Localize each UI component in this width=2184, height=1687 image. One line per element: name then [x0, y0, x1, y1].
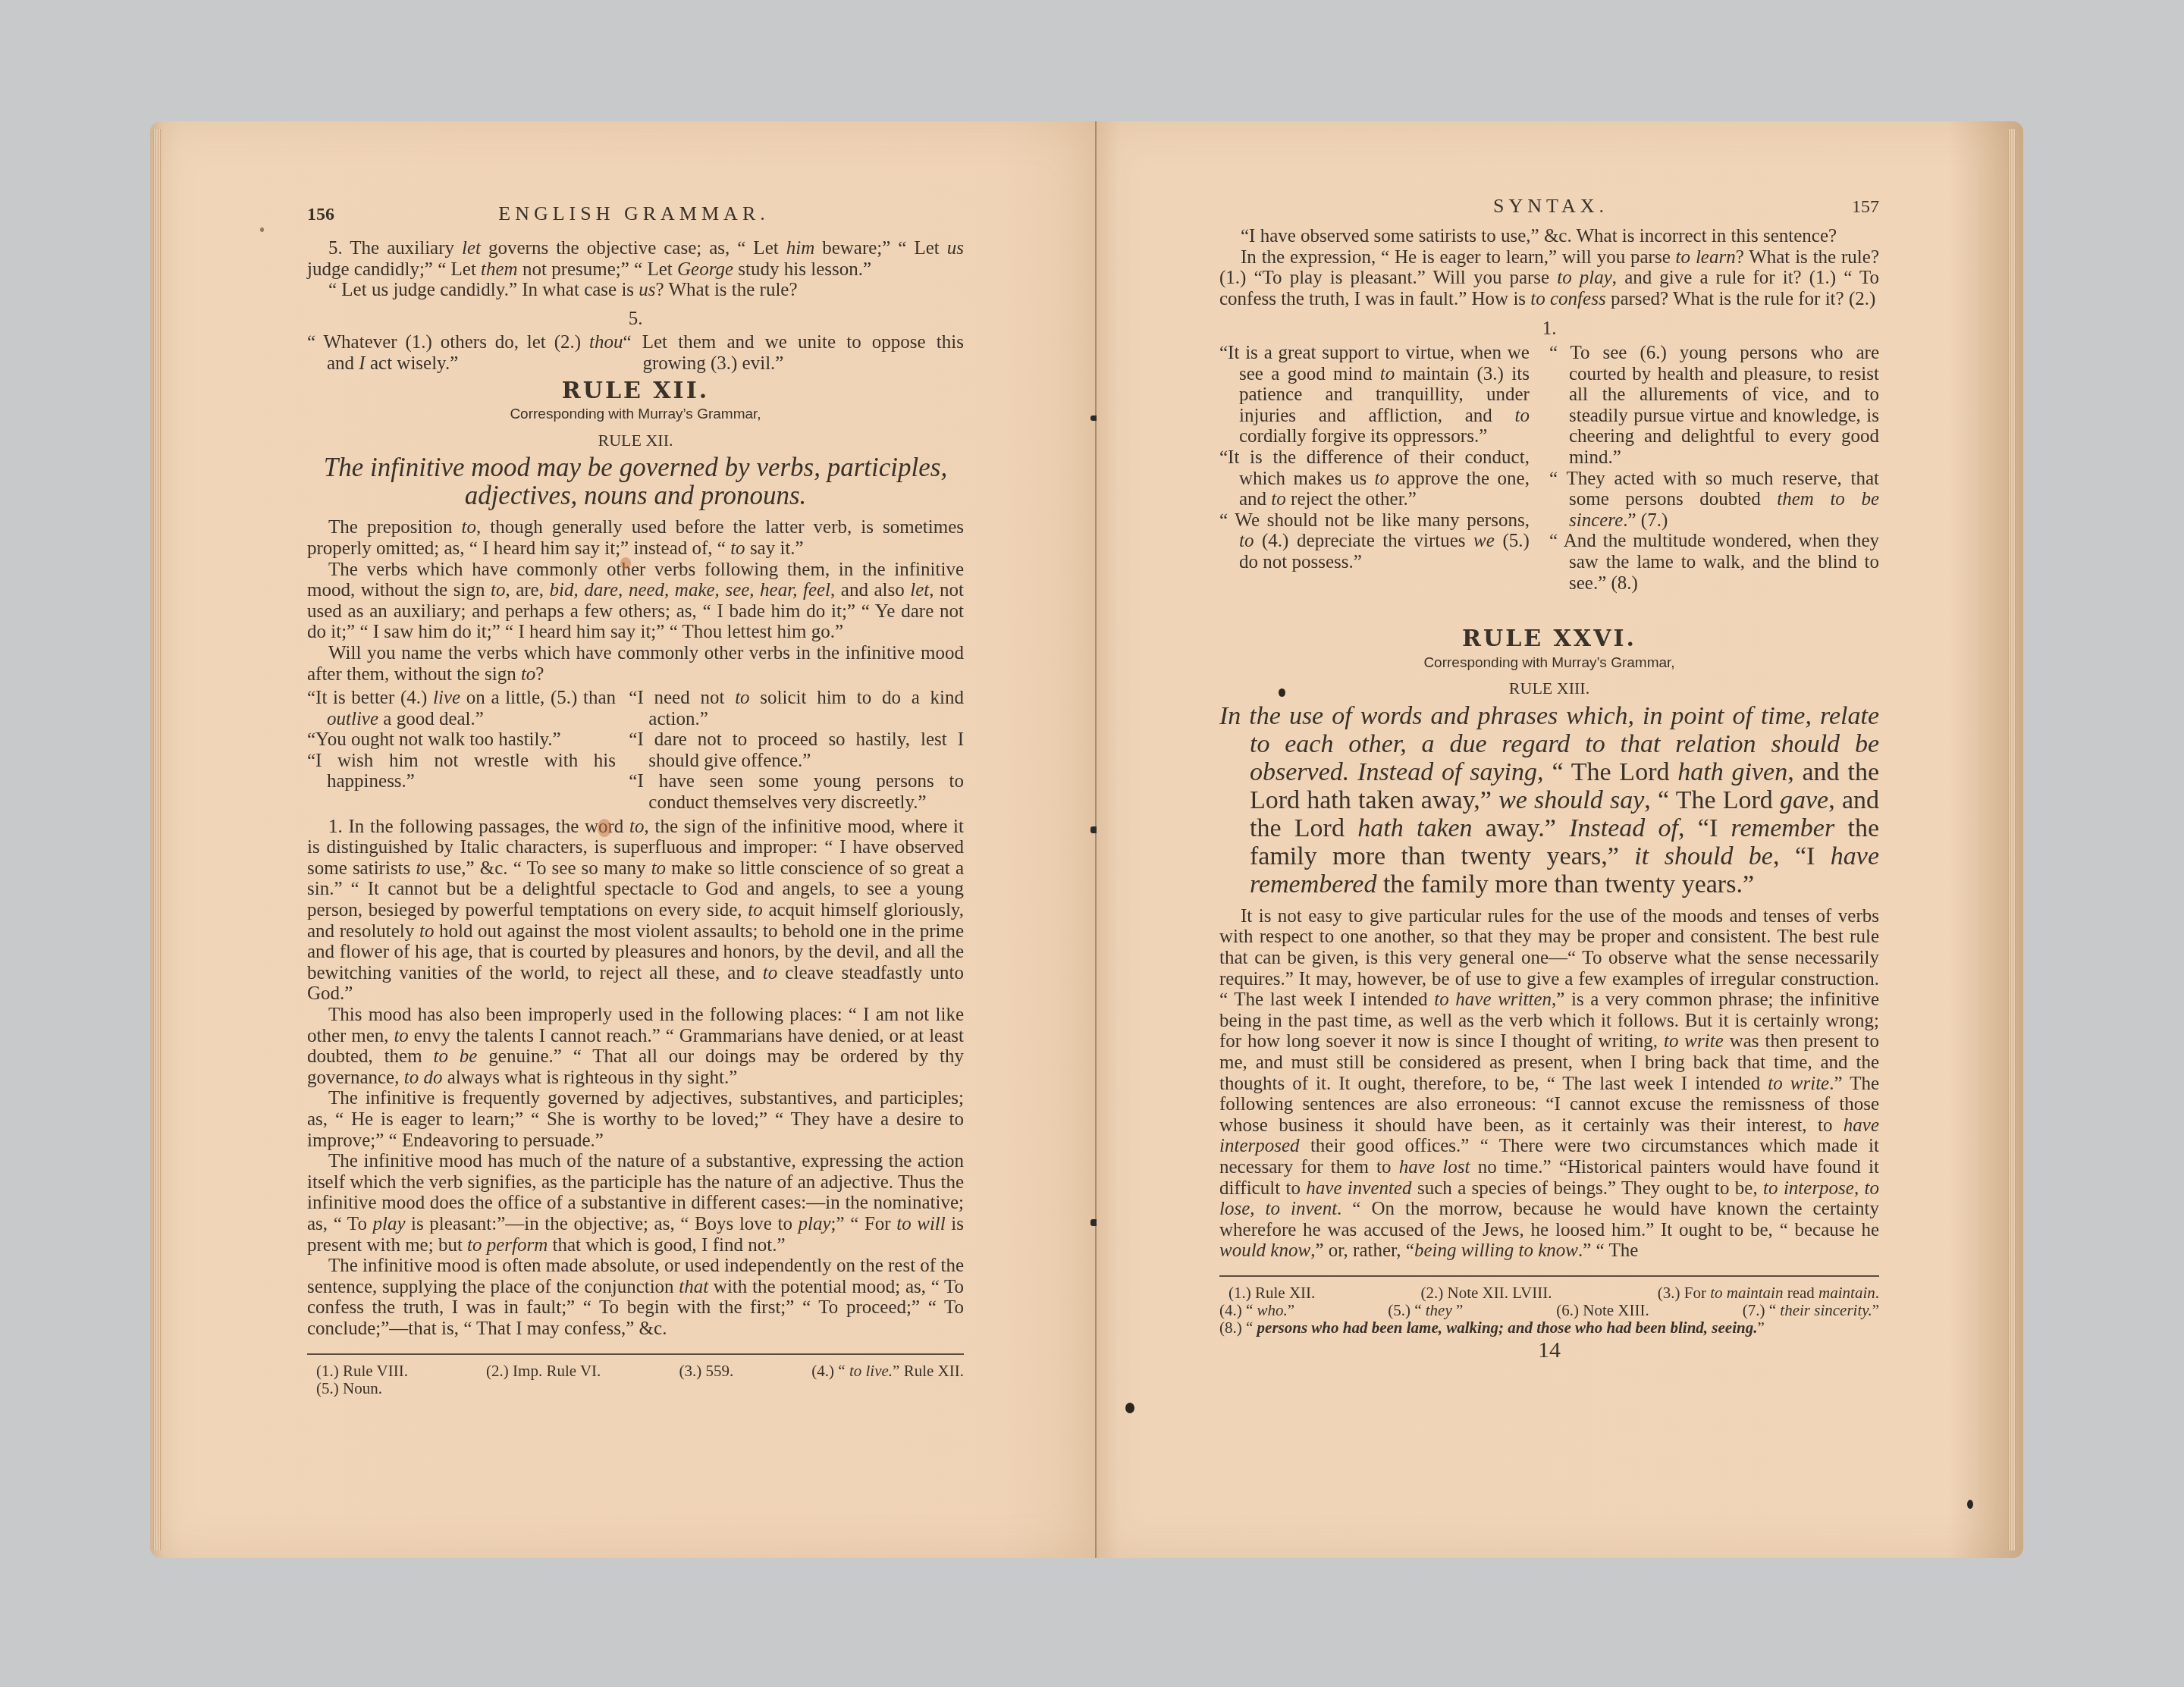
corresponding-note: Corresponding with Murray’s Grammar, — [307, 404, 964, 425]
ink-spot — [1967, 1500, 1973, 1509]
running-head-title: ENGLISH GRAMMAR. — [498, 203, 769, 224]
signature-mark: 14 — [1219, 1340, 1879, 1361]
exercise-number: 5. — [307, 309, 964, 330]
running-head: 156 ENGLISH GRAMMAR. — [307, 203, 964, 238]
question-case-of-us: “ Let us judge candidly.” In what case i… — [307, 280, 964, 301]
exercise-set-5: “ Whatever (1.) others do, let (2.) thou… — [307, 332, 964, 374]
footnote: (1.) Rule VIII. — [316, 1362, 408, 1380]
page-number: 157 — [1852, 197, 1879, 218]
footnote: (4.) “ to live.” Rule XII. — [811, 1362, 964, 1380]
running-head-title: SYNTAX. — [1493, 196, 1608, 217]
exercise-item: “It is a great support to virtue, when w… — [1219, 343, 1530, 447]
exercise-item: “ Let them and we unite to oppose this g… — [623, 332, 964, 374]
footnote: (5.) Noun. — [316, 1380, 382, 1397]
foxing-stain — [598, 819, 611, 837]
question-name-verbs: Will you name the verbs which have commo… — [307, 643, 964, 685]
footnote: (3.) For to maintain read maintain. — [1658, 1284, 1879, 1302]
exercise-set-1: “It is a great support to virtue, when w… — [1219, 343, 1879, 594]
footnotes: (1.) Rule VIII. (2.) Imp. Rule VI. (3.) … — [307, 1353, 964, 1397]
exercise-item: “I have seen some young persons to condu… — [629, 771, 964, 813]
murray-rule: RULE XII. — [307, 430, 964, 451]
paragraph-infinitive-governed: The infinitive is frequently governed by… — [307, 1088, 964, 1151]
exercise-item: “ And the multitude wondered, when they … — [1549, 531, 1879, 594]
paragraph-improper-mood: This mood has also been improperly used … — [307, 1005, 964, 1088]
paragraph-preposition-to: The preposition to, though generally use… — [307, 517, 964, 559]
exercise-item: “ We should not be like many persons, to… — [1219, 510, 1530, 573]
footnote: (3.) 559. — [679, 1362, 733, 1380]
exercise-item: “I dare not to proceed so hastily, lest … — [629, 729, 964, 771]
page-edge — [153, 129, 161, 1551]
left-page-text: 156 ENGLISH GRAMMAR. 5. The auxiliary le… — [307, 203, 964, 1397]
open-book: 156 ENGLISH GRAMMAR. 5. The auxiliary le… — [150, 121, 2023, 1558]
exercise-item: “It is the difference of their conduct, … — [1219, 447, 1530, 510]
ink-spot — [1125, 1403, 1134, 1413]
rule-heading: RULE XXVI. — [1219, 629, 1879, 650]
rule-statement: The infinitive mood may be governed by v… — [307, 453, 964, 510]
question-parse-infinitive: In the expression, “ He is eager to lear… — [1219, 247, 1879, 310]
footnotes: (1.) Rule XII. (2.) Note XII. LVIII. (3.… — [1219, 1275, 1879, 1337]
page-edge — [2008, 129, 2016, 1551]
right-page: SYNTAX. 157 “I have observed some satiri… — [1097, 121, 2023, 1558]
paragraph-verbs-without-to: The verbs which have commonly other verb… — [307, 560, 964, 643]
footnote: (1.) Rule XII. — [1228, 1284, 1315, 1302]
murray-rule: RULE XIII. — [1219, 678, 1879, 699]
paragraph-moods-tenses: It is not easy to give particular rules … — [1219, 906, 1879, 1262]
footnote: (2.) Imp. Rule VI. — [486, 1362, 601, 1380]
speck — [260, 227, 264, 232]
exercise-item: “I need not to solicit him to do a kind … — [629, 688, 964, 729]
paragraph-superfluous-to: 1. In the following passages, the word t… — [307, 817, 964, 1005]
rule-heading: RULE XII. — [307, 381, 964, 402]
footnote: (7.) “ their sincerity.” — [1743, 1302, 1879, 1319]
exercise-item: “ They acted with so much reserve, that … — [1549, 469, 1879, 531]
corresponding-note: Corresponding with Murray’s Grammar, — [1219, 653, 1879, 674]
exercise-item: “You ought not walk too hastily.” — [307, 729, 616, 751]
footnote: (2.) Note XII. LVIII. — [1421, 1284, 1552, 1302]
right-page-text: SYNTAX. 157 “I have observed some satiri… — [1219, 196, 1879, 1361]
footnote: (6.) Note XIII. — [1556, 1302, 1649, 1319]
page-number: 156 — [307, 205, 334, 226]
left-page: 156 ENGLISH GRAMMAR. 5. The auxiliary le… — [150, 121, 1097, 1558]
footnote: (8.) “ persons who had been lame, walkin… — [1219, 1319, 1765, 1337]
foxing-stain — [620, 557, 631, 569]
paragraph-absolute: The infinitive mood is often made absolu… — [307, 1256, 964, 1339]
footnote: (5.) “ they ” — [1388, 1302, 1463, 1319]
exercise-number: 1. — [1219, 318, 1879, 340]
exercise-item: “It is better (4.) live on a little, (5.… — [307, 688, 616, 729]
rule-statement: In the use of words and phrases which, i… — [1219, 702, 1879, 898]
paragraph-substantive: The infinitive mood has much of the natu… — [307, 1151, 964, 1256]
exercise-item: “ Whatever (1.) others do, let (2.) thou… — [307, 332, 623, 374]
exercise-set-b: “It is better (4.) live on a little, (5.… — [307, 688, 964, 814]
question-satirists: “I have observed some satirists to use,”… — [1219, 226, 1879, 247]
running-head: SYNTAX. 157 — [1219, 196, 1879, 226]
paragraph-auxiliary-let: 5. The auxiliary let governs the objecti… — [307, 238, 964, 280]
exercise-item: “I wish him not wrestle with his happine… — [307, 751, 616, 792]
ink-spot — [1279, 688, 1285, 697]
exercise-item: “ To see (6.) young persons who are cour… — [1549, 343, 1879, 469]
footnote: (4.) “ who.” — [1219, 1302, 1294, 1319]
